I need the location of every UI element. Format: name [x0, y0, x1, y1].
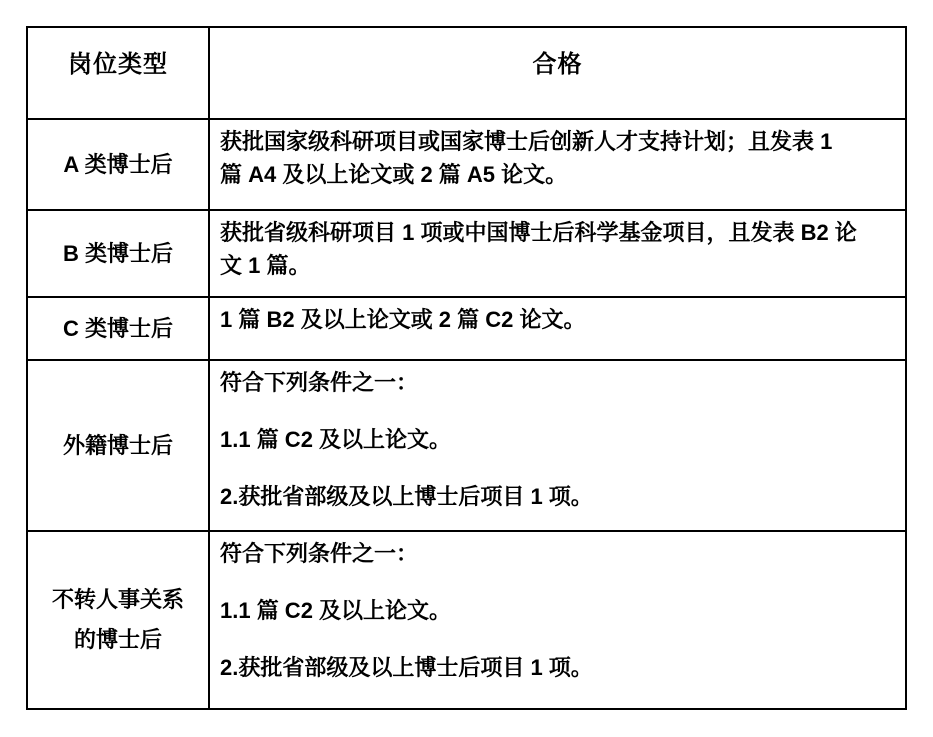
position-type-cell-b: B 类博士后 — [27, 210, 209, 297]
table-row-foreign: 外籍博士后 符合下列条件之一： 1.1 篇 C2 及以上论文。 2.获批省部级及… — [27, 360, 906, 531]
criteria-line: 符合下列条件之一： — [220, 537, 891, 570]
criteria-cell-c: 1 篇 B2 及以上论文或 2 篇 C2 论文。 — [209, 297, 906, 360]
position-type-cell-foreign: 外籍博士后 — [27, 360, 209, 531]
criteria-cell-a: 获批国家级科研项目或国家博士后创新人才支持计划；且发表 1 篇 A4 及以上论文… — [209, 119, 906, 210]
criteria-paragraph: 获批省级科研项目 1 项或中国博士后科学基金项目，且发表 B2 论 文 1 篇。 — [220, 216, 891, 282]
position-type-label: 不转人事关系 — [34, 580, 202, 620]
criteria-line: 1 篇 B2 及以上论文或 2 篇 C2 论文。 — [220, 303, 891, 336]
table-row-c: C 类博士后 1 篇 B2 及以上论文或 2 篇 C2 论文。 — [27, 297, 906, 360]
criteria-line: 2.获批省部级及以上博士后项目 1 项。 — [220, 651, 891, 684]
header-qualified: 合格 — [209, 27, 906, 119]
criteria-line: 符合下列条件之一： — [220, 366, 891, 399]
criteria-paragraph: 1.1 篇 C2 及以上论文。 — [220, 594, 891, 627]
table-row-b: B 类博士后 获批省级科研项目 1 项或中国博士后科学基金项目，且发表 B2 论… — [27, 210, 906, 297]
position-type-label: 的博士后 — [34, 620, 202, 660]
position-type-label: A 类博士后 — [34, 145, 202, 185]
criteria-paragraph: 获批国家级科研项目或国家博士后创新人才支持计划；且发表 1 篇 A4 及以上论文… — [220, 125, 891, 191]
document-page: 岗位类型 合格 A 类博士后 获批国家级科研项目或国家博士后创新人才支持计划；且… — [0, 0, 933, 737]
postdoc-qualification-table: 岗位类型 合格 A 类博士后 获批国家级科研项目或国家博士后创新人才支持计划；且… — [26, 26, 907, 710]
criteria-line: 文 1 篇。 — [220, 249, 891, 282]
criteria-paragraph: 1 篇 B2 及以上论文或 2 篇 C2 论文。 — [220, 303, 891, 336]
criteria-cell-notransfer: 符合下列条件之一： 1.1 篇 C2 及以上论文。 2.获批省部级及以上博士后项… — [209, 531, 906, 709]
position-type-label: 外籍博士后 — [34, 426, 202, 466]
criteria-paragraph: 2.获批省部级及以上博士后项目 1 项。 — [220, 651, 891, 684]
position-type-label: C 类博士后 — [34, 309, 202, 349]
header-position-type: 岗位类型 — [27, 27, 209, 119]
position-type-cell-c: C 类博士后 — [27, 297, 209, 360]
table-row-a: A 类博士后 获批国家级科研项目或国家博士后创新人才支持计划；且发表 1 篇 A… — [27, 119, 906, 210]
criteria-line: 获批国家级科研项目或国家博士后创新人才支持计划；且发表 1 — [220, 125, 891, 158]
criteria-line: 1.1 篇 C2 及以上论文。 — [220, 594, 891, 627]
criteria-paragraph: 2.获批省部级及以上博士后项目 1 项。 — [220, 480, 891, 513]
criteria-line: 获批省级科研项目 1 项或中国博士后科学基金项目，且发表 B2 论 — [220, 216, 891, 249]
table-header-row: 岗位类型 合格 — [27, 27, 906, 119]
criteria-paragraph: 符合下列条件之一： — [220, 537, 891, 570]
position-type-label: B 类博士后 — [34, 234, 202, 274]
criteria-cell-foreign: 符合下列条件之一： 1.1 篇 C2 及以上论文。 2.获批省部级及以上博士后项… — [209, 360, 906, 531]
position-type-cell-notransfer: 不转人事关系 的博士后 — [27, 531, 209, 709]
criteria-line: 篇 A4 及以上论文或 2 篇 A5 论文。 — [220, 158, 891, 191]
criteria-line: 1.1 篇 C2 及以上论文。 — [220, 423, 891, 456]
position-type-cell-a: A 类博士后 — [27, 119, 209, 210]
criteria-paragraph: 符合下列条件之一： — [220, 366, 891, 399]
criteria-paragraph: 1.1 篇 C2 及以上论文。 — [220, 423, 891, 456]
criteria-cell-b: 获批省级科研项目 1 项或中国博士后科学基金项目，且发表 B2 论 文 1 篇。 — [209, 210, 906, 297]
table-row-notransfer: 不转人事关系 的博士后 符合下列条件之一： 1.1 篇 C2 及以上论文。 2.… — [27, 531, 906, 709]
criteria-line: 2.获批省部级及以上博士后项目 1 项。 — [220, 480, 891, 513]
